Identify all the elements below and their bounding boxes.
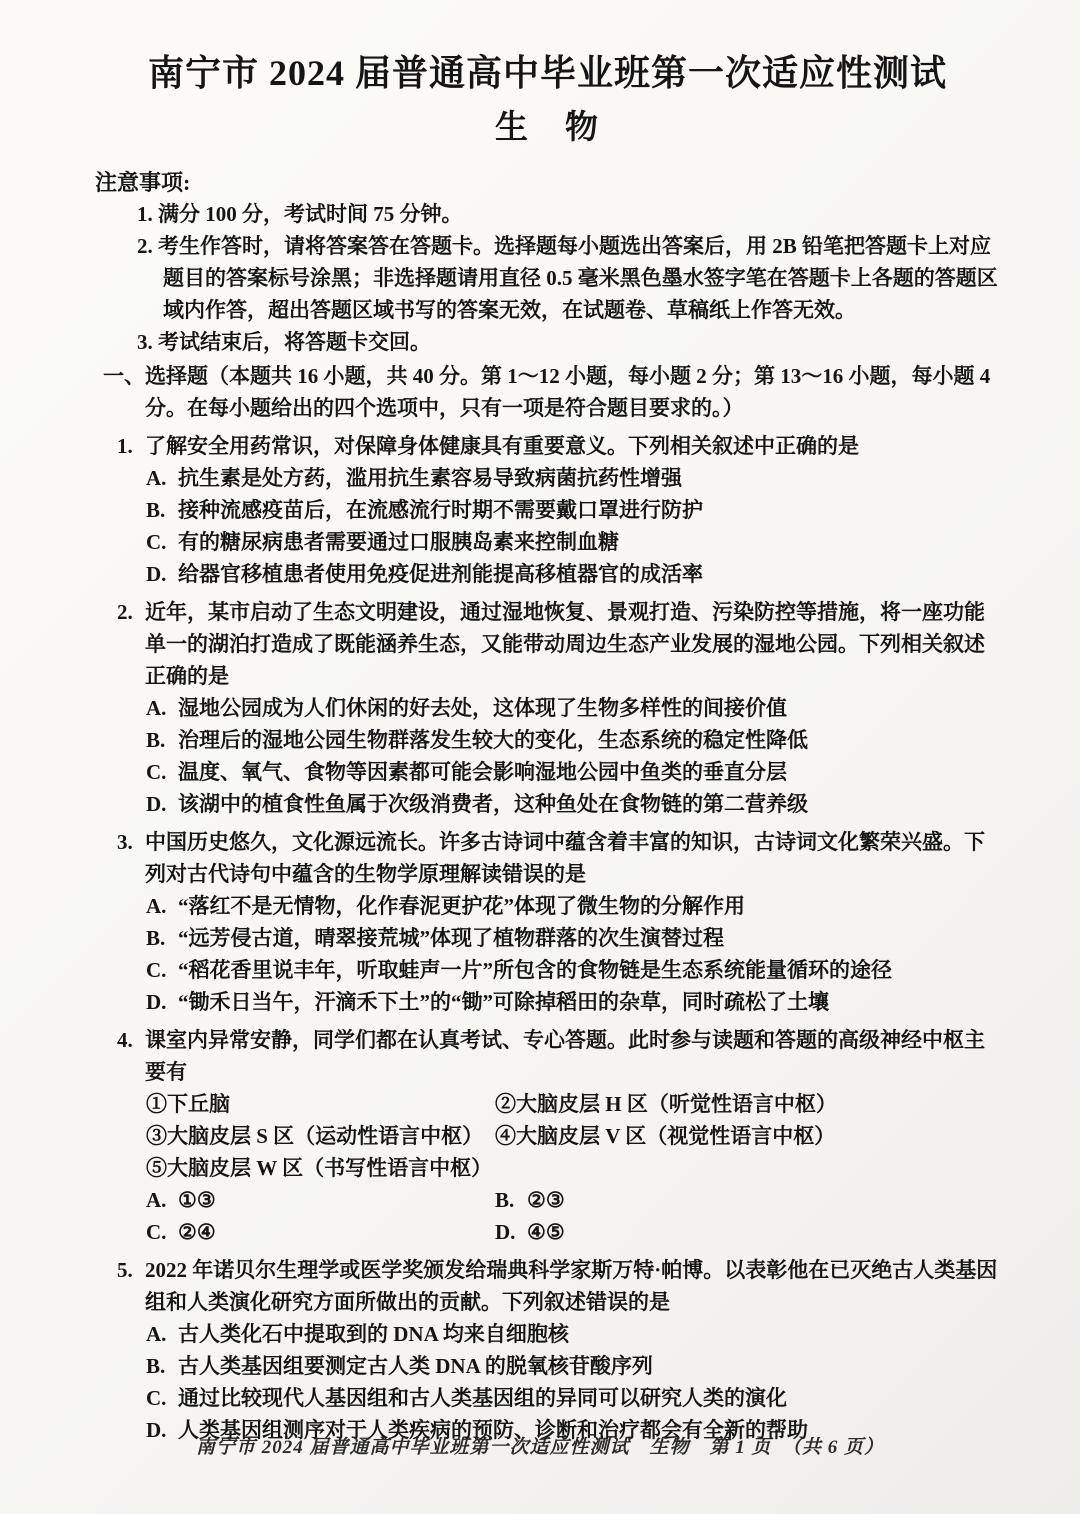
subitem-4: ④大脑皮层 V 区（视觉性语言中枢） [495,1120,1000,1152]
option-1a: A.抗生素是处方药，滥用抗生素容易导致病菌抗药性增强 [146,462,1000,494]
question-4-options: A.①③ B.②③ C.②④ D.④⑤ [146,1184,1000,1248]
question-stem-text: 课室内异常安静，同学们都在认真考试、专心答题。此时参与读题和答题的高级神经中枢主… [145,1028,985,1084]
section-number: 一、 [103,360,145,392]
option-1b: B.接种流感疫苗后，在流感流行时期不需要戴口罩进行防护 [146,494,1000,526]
option-label: C. [146,756,178,788]
question-stem-text: 中国历史悠久，文化源远流长。许多古诗词中蕴含着丰富的知识，古诗词文化繁荣兴盛。下… [145,830,985,886]
question-number: 3. [117,826,145,858]
subitem-1: ①下丘脑 [146,1088,495,1120]
question-stem: 1.了解安全用药常识，对保障身体健康具有重要意义。下列相关叙述中正确的是 [117,430,1000,462]
option-2c: C.温度、氧气、食物等因素都可能会影响湿地公园中鱼类的垂直分层 [146,756,1000,788]
question-4: 4.课室内异常安静，同学们都在认真考试、专心答题。此时参与读题和答题的高级神经中… [95,1024,1000,1248]
option-4a: A.①③ [146,1184,495,1216]
option-4d: D.④⑤ [495,1216,1000,1248]
option-label: A. [146,1318,178,1350]
question-number: 5. [117,1254,145,1286]
option-label: B. [146,1350,178,1382]
page-title: 南宁市 2024 届普通高中毕业班第一次适应性测试 [95,50,1000,96]
option-text: 给器官移植患者使用免疫促进剂能提高移植器官的成活率 [178,562,703,586]
option-label: A. [146,692,178,724]
option-text: 抗生素是处方药，滥用抗生素容易导致病菌抗药性增强 [178,466,682,490]
option-label: C. [146,526,178,558]
option-text: ①③ [178,1188,216,1212]
option-text: ②④ [178,1220,216,1244]
section-heading: 一、选择题（本题共 16 小题，共 40 分。第 1～12 小题，每小题 2 分… [103,360,1000,424]
option-text: “落红不是无情物，化作春泥更护花”体现了微生物的分解作用 [178,894,745,918]
option-text: 古人类化石中提取到的 DNA 均来自细胞核 [178,1322,569,1346]
question-stem: 4.课室内异常安静，同学们都在认真考试、专心答题。此时参与读题和答题的高级神经中… [117,1024,1000,1088]
option-4c: C.②④ [146,1216,495,1248]
option-text: 温度、氧气、食物等因素都可能会影响湿地公园中鱼类的垂直分层 [178,760,787,784]
question-5: 5.2022 年诺贝尔生理学或医学奖颁发给瑞典科学家斯万特·帕博。以表彰他在已灭… [95,1254,1000,1446]
option-label: A. [146,890,178,922]
option-text: 古人类基因组要测定古人类 DNA 的脱氧核苷酸序列 [178,1354,653,1378]
question-number: 1. [117,430,145,462]
option-text: 治理后的湿地公园生物群落发生较大的变化，生态系统的稳定性降低 [178,728,808,752]
option-label: A. [146,1184,178,1216]
notice-item-1: 1. 满分 100 分，考试时间 75 分钟。 [137,198,1000,230]
option-2a: A.湿地公园成为人们休闲的好去处，这体现了生物多样性的间接价值 [146,692,1000,724]
option-1d: D.给器官移植患者使用免疫促进剂能提高移植器官的成活率 [146,558,1000,590]
option-2d: D.该湖中的植食性鱼属于次级消费者，这种鱼处在食物链的第二营养级 [146,788,1000,820]
subitem-5: ⑤大脑皮层 W 区（书写性语言中枢） [146,1152,495,1184]
option-label: C. [146,1382,178,1414]
subitem-2: ②大脑皮层 H 区（听觉性语言中枢） [495,1088,1000,1120]
notice-heading: 注意事项: [95,168,1000,198]
option-label: D. [495,1216,527,1248]
question-number: 4. [117,1024,145,1056]
option-text: “锄禾日当午，汗滴禾下土”的“锄”可除掉稻田的杂草，同时疏松了土壤 [178,990,829,1014]
subject-title: 生 物 [95,108,1000,148]
question-1: 1.了解安全用药常识，对保障身体健康具有重要意义。下列相关叙述中正确的是 A.抗… [95,430,1000,590]
option-text: 通过比较现代人基因组和古人类基因组的异同可以研究人类的演化 [178,1386,787,1410]
question-stem: 3.中国历史悠久，文化源远流长。许多古诗词中蕴含着丰富的知识，古诗词文化繁荣兴盛… [117,826,1000,890]
question-stem: 2.近年，某市启动了生态文明建设，通过湿地恢复、景观打造、污染防控等措施，将一座… [117,596,1000,692]
option-text: 该湖中的植食性鱼属于次级消费者，这种鱼处在食物链的第二营养级 [178,792,808,816]
question-4-subitems: ①下丘脑 ②大脑皮层 H 区（听觉性语言中枢） ③大脑皮层 S 区（运动性语言中… [146,1088,1000,1184]
page-footer: 南宁市 2024 届普通高中毕业班第一次适应性测试 生物 第 1 页 （共 6 … [0,1432,1080,1459]
option-label: A. [146,462,178,494]
option-5c: C.通过比较现代人基因组和古人类基因组的异同可以研究人类的演化 [146,1382,1000,1414]
option-text: ④⑤ [527,1220,565,1244]
option-2b: B.治理后的湿地公园生物群落发生较大的变化，生态系统的稳定性降低 [146,724,1000,756]
question-stem-text: 2022 年诺贝尔生理学或医学奖颁发给瑞典科学家斯万特·帕博。以表彰他在已灭绝古… [145,1258,997,1314]
notice-item-2: 2. 考生作答时，请将答案答在答题卡。选择题每小题选出答案后，用 2B 铅笔把答… [137,230,1000,326]
subitem-3: ③大脑皮层 S 区（运动性语言中枢） [146,1120,495,1152]
option-3b: B.“远芳侵古道，晴翠接荒城”体现了植物群落的次生演替过程 [146,922,1000,954]
option-1c: C.有的糖尿病患者需要通过口服胰岛素来控制血糖 [146,526,1000,558]
option-text: ②③ [527,1188,565,1212]
exam-paper-page: 南宁市 2024 届普通高中毕业班第一次适应性测试 生 物 注意事项: 1. 满… [0,0,1080,1514]
option-5a: A.古人类化石中提取到的 DNA 均来自细胞核 [146,1318,1000,1350]
option-4b: B.②③ [495,1184,1000,1216]
option-text: “远芳侵古道，晴翠接荒城”体现了植物群落的次生演替过程 [178,926,724,950]
option-3c: C.“稻花香里说丰年，听取蛙声一片”所包含的食物链是生态系统能量循环的途径 [146,954,1000,986]
option-text: 有的糖尿病患者需要通过口服胰岛素来控制血糖 [178,530,619,554]
option-label: C. [146,1216,178,1248]
option-text: 湿地公园成为人们休闲的好去处，这体现了生物多样性的间接价值 [178,696,787,720]
question-2: 2.近年，某市启动了生态文明建设，通过湿地恢复、景观打造、污染防控等措施，将一座… [95,596,1000,820]
question-number: 2. [117,596,145,628]
question-stem-text: 近年，某市启动了生态文明建设，通过湿地恢复、景观打造、污染防控等措施，将一座功能… [145,600,985,688]
option-label: C. [146,954,178,986]
question-stem-text: 了解安全用药常识，对保障身体健康具有重要意义。下列相关叙述中正确的是 [145,434,859,458]
option-label: B. [495,1184,527,1216]
question-stem: 5.2022 年诺贝尔生理学或医学奖颁发给瑞典科学家斯万特·帕博。以表彰他在已灭… [117,1254,1000,1318]
option-label: B. [146,494,178,526]
option-label: B. [146,922,178,954]
question-3: 3.中国历史悠久，文化源远流长。许多古诗词中蕴含着丰富的知识，古诗词文化繁荣兴盛… [95,826,1000,1018]
option-5b: B.古人类基因组要测定古人类 DNA 的脱氧核苷酸序列 [146,1350,1000,1382]
section-heading-text: 选择题（本题共 16 小题，共 40 分。第 1～12 小题，每小题 2 分；第… [145,364,990,420]
option-3a: A.“落红不是无情物，化作春泥更护花”体现了微生物的分解作用 [146,890,1000,922]
option-label: D. [146,558,178,590]
option-label: D. [146,986,178,1018]
option-label: B. [146,724,178,756]
option-label: D. [146,788,178,820]
option-text: 接种流感疫苗后，在流感流行时期不需要戴口罩进行防护 [178,498,703,522]
option-3d: D.“锄禾日当午，汗滴禾下土”的“锄”可除掉稻田的杂草，同时疏松了土壤 [146,986,1000,1018]
notice-item-3: 3. 考试结束后，将答题卡交回。 [137,326,1000,358]
option-text: “稻花香里说丰年，听取蛙声一片”所包含的食物链是生态系统能量循环的途径 [178,958,892,982]
